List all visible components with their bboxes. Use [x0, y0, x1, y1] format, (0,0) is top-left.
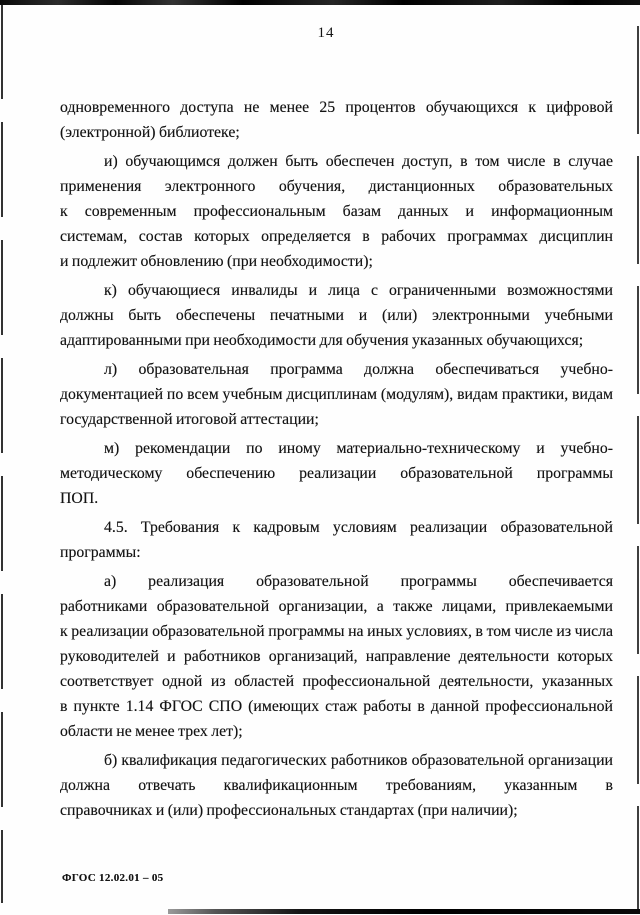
text-line: должны быть обеспечены печатными и (или)… [60, 303, 613, 328]
scan-edge-top [0, 0, 640, 5]
document-page: 14 одновременного доступа не менее 25 пр… [0, 0, 640, 915]
text-line: документацией по всем учебным дисциплина… [60, 382, 613, 407]
text-line: соответствует одной из областей професси… [60, 669, 613, 694]
text-line: к реализации образовательной программы н… [60, 619, 613, 644]
text-line: б) квалификация педагогических работнико… [60, 748, 613, 773]
scan-edge-bottom [168, 909, 640, 914]
scan-edge-left [1, 4, 3, 903]
scan-edge-right [637, 4, 639, 909]
text-line: к) обучающиеся инвалиды и лица с огранич… [60, 278, 613, 303]
paragraph: л) образовательная программа должна обес… [60, 357, 613, 432]
paragraph: б) квалификация педагогических работнико… [60, 748, 613, 823]
text-line: системам, состав которых определяется в … [60, 224, 613, 249]
text-line: должна отвечать квалификационным требова… [60, 773, 613, 798]
paragraph: и) обучающимся должен быть обеспечен дос… [60, 149, 613, 274]
document-body: одновременного доступа не менее 25 проце… [60, 95, 613, 827]
text-line: адаптированными при необходимости для об… [60, 328, 613, 353]
text-line: м) рекомендации по иному материально-тех… [60, 436, 613, 461]
text-line: справочниках и (или) профессиональных ст… [60, 798, 613, 823]
page-number: 14 [12, 25, 640, 42]
text-line: применения электронного обучения, дистан… [60, 174, 613, 199]
text-line: и) обучающимся должен быть обеспечен дос… [60, 149, 613, 174]
text-line: работниками образовательной организации,… [60, 594, 613, 619]
text-line: программы: [60, 540, 613, 565]
text-line: (электронной) библиотеке; [60, 120, 613, 145]
text-line: и подлежит обновлению (при необходимости… [60, 249, 613, 274]
text-line: ПОП. [60, 486, 613, 511]
text-line: 4.5. Требования к кадровым условиям реал… [60, 515, 613, 540]
document-code-footer: ФГОС 12.02.01 – 05 [62, 872, 163, 884]
text-line: области не менее трех лет); [60, 719, 613, 744]
text-line: л) образовательная программа должна обес… [60, 357, 613, 382]
text-line: руководителей и работников организаций, … [60, 644, 613, 669]
text-line: к современным профессиональным базам дан… [60, 199, 613, 224]
text-line: государственной итоговой аттестации; [60, 407, 613, 432]
paragraph: а) реализация образовательной программы … [60, 569, 613, 744]
paragraph: одновременного доступа не менее 25 проце… [60, 95, 613, 145]
text-line: а) реализация образовательной программы … [60, 569, 613, 594]
paragraph: 4.5. Требования к кадровым условиям реал… [60, 515, 613, 565]
paragraph: к) обучающиеся инвалиды и лица с огранич… [60, 278, 613, 353]
text-line: в пункте 1.14 ФГОС СПО (имеющих стаж раб… [60, 694, 613, 719]
text-line: одновременного доступа не менее 25 проце… [60, 95, 613, 120]
paragraph: м) рекомендации по иному материально-тех… [60, 436, 613, 511]
text-line: методическому обеспечению реализации обр… [60, 461, 613, 486]
